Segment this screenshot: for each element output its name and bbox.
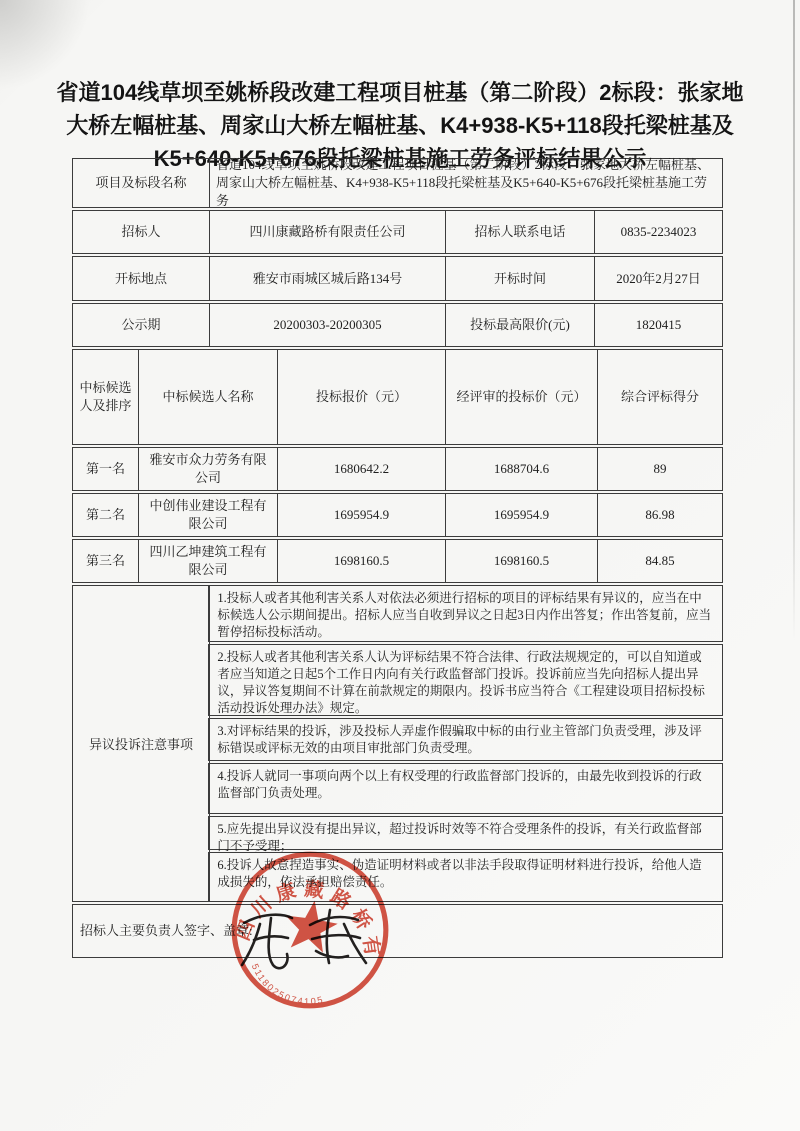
objection-item-4: 4.投诉人就同一事项向两个以上有权受理的行政监督部门投诉的，由最先收到投诉的行政… bbox=[208, 763, 723, 814]
signature-label: 招标人主要负责人签字、盖章: bbox=[72, 904, 723, 958]
svg-text:5118025074105: 5118025074105 bbox=[245, 961, 328, 1010]
objection-item-6: 6.投诉人故意捏造事实、伪造证明材料或者以非法手段取得证明材料进行投诉，给他人造… bbox=[208, 852, 723, 902]
document-page: 省道104线草坝至姚桥段改建工程项目桩基（第二阶段）2标段：张家地 大桥左幅桩基… bbox=[0, 0, 800, 1131]
header-name: 中标候选人名称 bbox=[139, 349, 278, 445]
seal-number-text: 5118025074105 bbox=[245, 961, 328, 1010]
title-line-2: 大桥左幅桩基、周家山大桥左幅桩基、K4+938-K5+118段托梁桩基及 bbox=[40, 109, 760, 142]
max-price-label: 投标最高限价(元) bbox=[446, 303, 595, 347]
objection-item-1: 1.投标人或者其他利害关系人对依法必须进行招标的项目的评标结果有异议的，应当在中… bbox=[208, 585, 723, 642]
objection-item-2: 2.投标人或者其他利害关系人认为评标结果不符合法律、行政法规规定的，可以自知道或… bbox=[208, 644, 723, 716]
objection-item-3: 3.对评标结果的投诉，涉及投标人弄虚作假骗取中标的由行业主管部门负责受理，涉及评… bbox=[208, 718, 723, 761]
result-table: 项目及标段名称 省道104线草坝至姚桥段改建工程项目桩基（第二阶段）2标段：张家… bbox=[72, 158, 723, 958]
objection-section: 异议投诉注意事项 1.投标人或者其他利害关系人对依法必须进行招标的项目的评标结果… bbox=[72, 585, 723, 902]
table-row-project: 项目及标段名称 省道104线草坝至姚桥段改建工程项目桩基（第二阶段）2标段：张家… bbox=[72, 158, 723, 208]
candidate-bid-price: 1695954.9 bbox=[278, 493, 446, 537]
candidate-name: 雅安市众力劳务有限公司 bbox=[139, 447, 278, 491]
candidate-evaluated-price: 1688704.6 bbox=[446, 447, 598, 491]
header-rank: 中标候选人及排序 bbox=[72, 349, 139, 445]
candidate-rank: 第二名 bbox=[72, 493, 139, 537]
objection-items: 1.投标人或者其他利害关系人对依法必须进行招标的项目的评标结果有异议的，应当在中… bbox=[208, 585, 723, 902]
candidate-score: 89 bbox=[598, 447, 723, 491]
candidate-bid-price: 1698160.5 bbox=[278, 539, 446, 583]
scan-edge-right bbox=[793, 0, 795, 640]
table-row-publicity: 公示期 20200303-20200305 投标最高限价(元) 1820415 bbox=[72, 303, 723, 347]
tenderer-label: 招标人 bbox=[72, 210, 210, 254]
table-row-tenderer: 招标人 四川康藏路桥有限责任公司 招标人联系电话 0835-2234023 bbox=[72, 210, 723, 254]
opening-time-value: 2020年2月27日 bbox=[595, 256, 723, 301]
candidate-name: 四川乙坤建筑工程有限公司 bbox=[139, 539, 278, 583]
tenderer-phone-label: 招标人联系电话 bbox=[446, 210, 595, 254]
candidate-row-1: 第一名 雅安市众力劳务有限公司 1680642.2 1688704.6 89 bbox=[72, 447, 723, 491]
candidate-bid-price: 1680642.2 bbox=[278, 447, 446, 491]
signature-row: 招标人主要负责人签字、盖章: bbox=[72, 904, 723, 958]
candidate-score: 86.98 bbox=[598, 493, 723, 537]
header-evaluated-price: 经评审的投标价（元） bbox=[446, 349, 598, 445]
publicity-label: 公示期 bbox=[72, 303, 210, 347]
header-score: 综合评标得分 bbox=[598, 349, 723, 445]
opening-place-value: 雅安市雨城区城后路134号 bbox=[210, 256, 446, 301]
candidate-evaluated-price: 1698160.5 bbox=[446, 539, 598, 583]
max-price-value: 1820415 bbox=[595, 303, 723, 347]
candidate-row-3: 第三名 四川乙坤建筑工程有限公司 1698160.5 1698160.5 84.… bbox=[72, 539, 723, 583]
opening-place-label: 开标地点 bbox=[72, 256, 210, 301]
candidate-rank: 第一名 bbox=[72, 447, 139, 491]
candidates-header-row: 中标候选人及排序 中标候选人名称 投标报价（元） 经评审的投标价（元） 综合评标… bbox=[72, 349, 723, 445]
project-value: 省道104线草坝至姚桥段改建工程项目桩基（第二阶段）2标段：张家地大桥左幅桩基、… bbox=[210, 158, 723, 208]
candidate-evaluated-price: 1695954.9 bbox=[446, 493, 598, 537]
header-bid-price: 投标报价（元） bbox=[278, 349, 446, 445]
candidate-row-2: 第二名 中创伟业建设工程有限公司 1695954.9 1695954.9 86.… bbox=[72, 493, 723, 537]
candidate-name: 中创伟业建设工程有限公司 bbox=[139, 493, 278, 537]
project-label: 项目及标段名称 bbox=[72, 158, 210, 208]
tenderer-value: 四川康藏路桥有限责任公司 bbox=[210, 210, 446, 254]
objection-item-5: 5.应先提出异议没有提出异议，超过投诉时效等不符合受理条件的投诉，有关行政监督部… bbox=[208, 816, 723, 850]
publicity-value: 20200303-20200305 bbox=[210, 303, 446, 347]
table-row-opening: 开标地点 雅安市雨城区城后路134号 开标时间 2020年2月27日 bbox=[72, 256, 723, 301]
title-line-1: 省道104线草坝至姚桥段改建工程项目桩基（第二阶段）2标段：张家地 bbox=[40, 76, 760, 109]
candidate-score: 84.85 bbox=[598, 539, 723, 583]
objection-label: 异议投诉注意事项 bbox=[72, 585, 210, 902]
opening-time-label: 开标时间 bbox=[446, 256, 595, 301]
tenderer-phone-value: 0835-2234023 bbox=[595, 210, 723, 254]
candidate-rank: 第三名 bbox=[72, 539, 139, 583]
